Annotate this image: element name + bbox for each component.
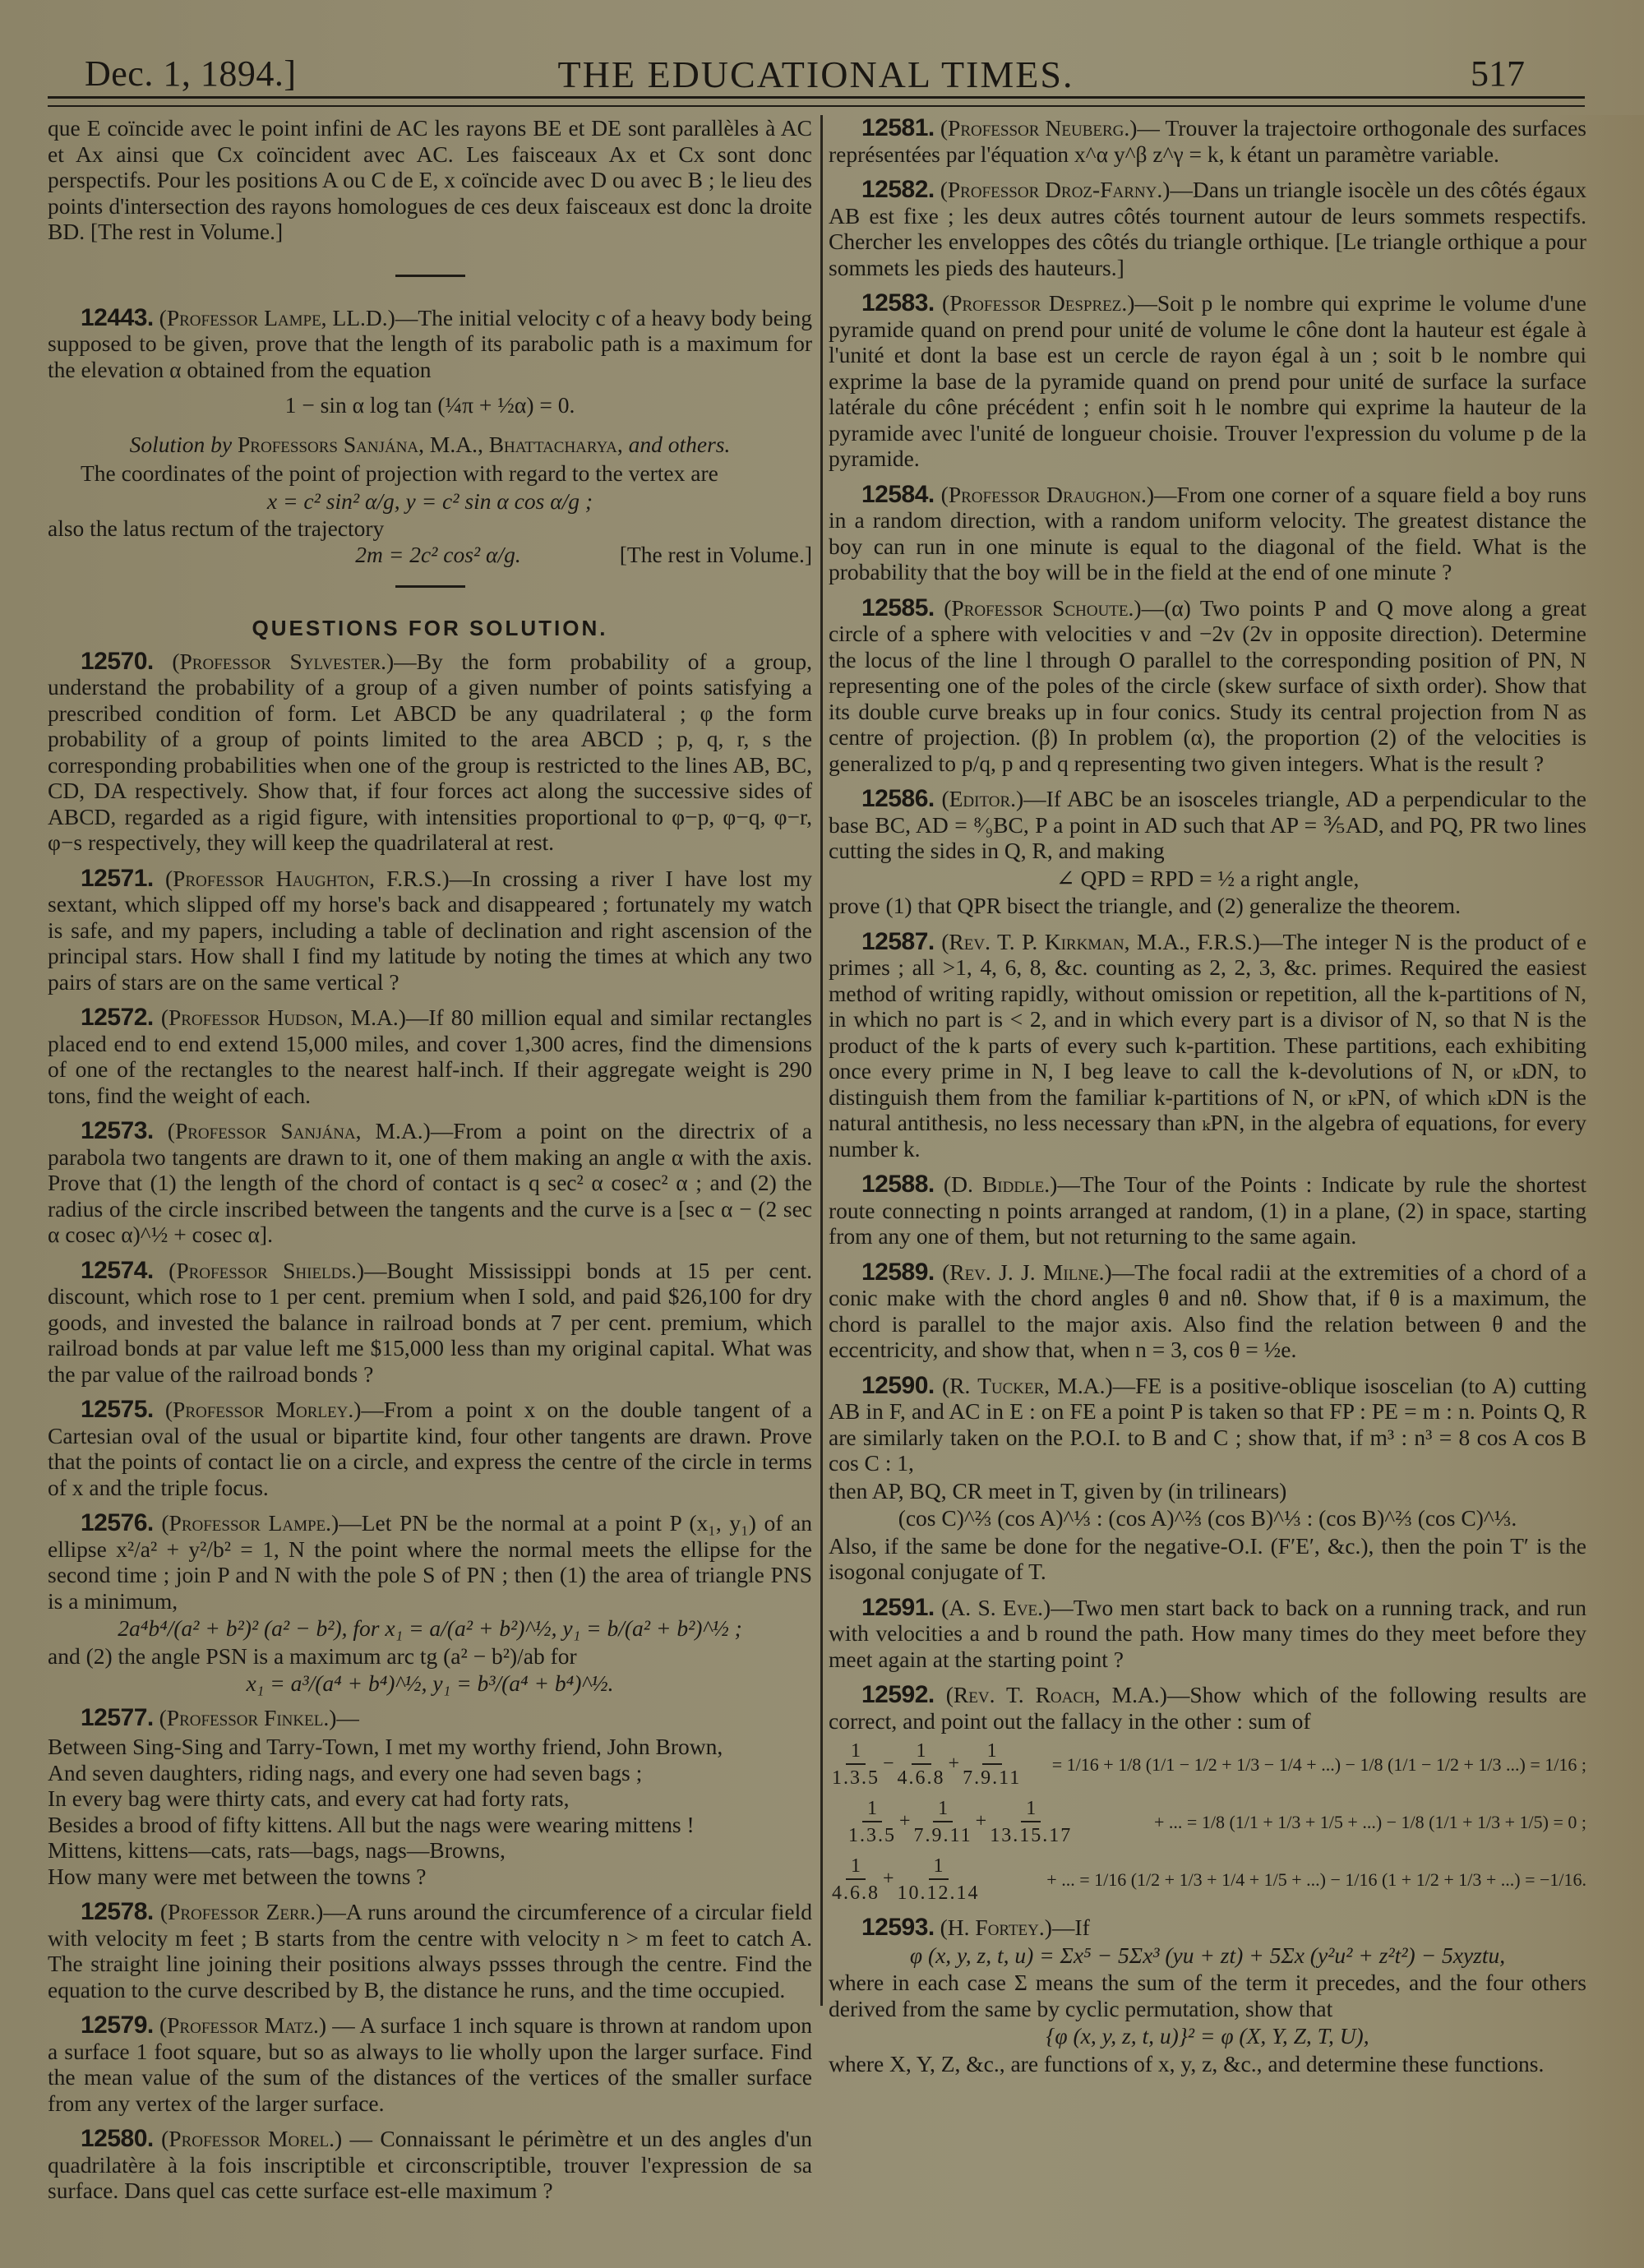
question-12581: 12581. (Professor Neuberg.)— Trouver la … bbox=[829, 115, 1586, 167]
solution-text-2: also the latus rectum of the trajectory bbox=[48, 515, 812, 542]
question-author: (Professor Lampe.) bbox=[161, 1510, 339, 1536]
question-number: 12585. bbox=[861, 594, 935, 621]
question-author: (Rev. T. Roach, M.A.) bbox=[946, 1682, 1167, 1707]
question-12583: 12583. (Professor Desprez.)—Soit p le no… bbox=[829, 290, 1586, 472]
question-12571: 12571. (Professor Haughton, F.R.S.)—In c… bbox=[48, 866, 812, 995]
numerator: 1 bbox=[846, 1854, 866, 1880]
question-12591: 12591. (A. S. Eve.)—Two men start back t… bbox=[829, 1595, 1586, 1673]
question-number: 12591. bbox=[861, 1594, 935, 1621]
verse-line: Between Sing-Sing and Tarry-Town, I met … bbox=[48, 1734, 812, 1760]
question-author: (Professor Sanjána, M.A.) bbox=[168, 1118, 431, 1143]
question-12593: 12593. (H. Fortey.)—If bbox=[829, 1915, 1586, 1941]
question-author: (Professor Draughon.) bbox=[941, 482, 1154, 507]
question-author: (Professor Hudson, M.A.) bbox=[161, 1005, 406, 1030]
question-number: 12579. bbox=[81, 2012, 154, 2039]
operator: + bbox=[883, 1868, 894, 1890]
equation-12593-1: φ (x, y, z, t, u) = Σx⁵ − 5Σx³ (yu + zt)… bbox=[829, 1942, 1586, 1969]
continued-text: que E coïncide avec le point infini de A… bbox=[48, 115, 812, 245]
question-text: —Bought Mississippi bonds at 15 per cent… bbox=[48, 1258, 812, 1387]
operator: − bbox=[883, 1753, 894, 1775]
question-author: (Professor Schoute.) bbox=[944, 595, 1141, 621]
section-divider bbox=[395, 585, 465, 588]
question-number: 12592. bbox=[861, 1681, 935, 1708]
question-number: 12443. bbox=[81, 304, 154, 331]
denominator: 4.6.8 bbox=[898, 1765, 945, 1791]
fraction: 14.6.8 bbox=[832, 1854, 880, 1906]
question-text: —From a point x on the double tangent of… bbox=[48, 1397, 812, 1500]
question-12580: 12580. (Professor Morel.) — Connaissant … bbox=[48, 2126, 812, 2204]
header-rule-thick bbox=[48, 96, 1585, 99]
verse-line: In every bag were thirty cats, and every… bbox=[48, 1785, 812, 1812]
question-author: (Professor Droz-Farny.) bbox=[940, 177, 1171, 202]
solution-authors: Professors Sanjána, M.A., Bhattacharya, bbox=[238, 432, 623, 457]
question-number: 12573. bbox=[81, 1117, 154, 1144]
header-rule-thin bbox=[48, 105, 1585, 107]
question-number: 12577. bbox=[81, 1704, 154, 1731]
question-text-12590-3: Also, if the same be done for the negati… bbox=[829, 1533, 1586, 1585]
question-text-12593-2: where in each case Σ means the sum of th… bbox=[829, 1970, 1586, 2021]
question-text: —From a point on the directrix of a para… bbox=[48, 1118, 812, 1247]
fraction: 110.12.14 bbox=[898, 1854, 980, 1906]
question-number: 12574. bbox=[81, 1257, 154, 1284]
question-author: (Professor Morley.) bbox=[165, 1397, 361, 1422]
question-number: 12571. bbox=[81, 865, 154, 892]
question-author: (D. Biddle.) bbox=[944, 1171, 1057, 1197]
solution-label: Solution by bbox=[130, 432, 233, 457]
question-12577: 12577. (Professor Finkel.)— bbox=[48, 1705, 812, 1731]
solution-equation-2: 2m = 2c² cos² α/g. bbox=[355, 542, 520, 568]
equation-12576-2: x₁ = a³/(a⁴ + b⁴)^½, y₁ = b³/(a⁴ + b⁴)^½… bbox=[48, 1670, 812, 1697]
question-number: 12578. bbox=[81, 1898, 154, 1925]
question-number: 12588. bbox=[861, 1171, 935, 1198]
question-12584: 12584. (Professor Draughon.)—From one co… bbox=[829, 482, 1586, 585]
question-12570: 12570. (Professor Sylvester.)—By the for… bbox=[48, 649, 812, 856]
question-text-12590-2: then AP, BQ, CR meet in T, given by (in … bbox=[829, 1478, 1586, 1504]
verse-line: How many were met between the towns ? bbox=[48, 1864, 812, 1890]
right-column: 12581. (Professor Neuberg.)— Trouver la … bbox=[829, 115, 1586, 2076]
series-rhs: + ... = 1/8 (1/1 + 1/3 + 1/5 + ...) − 1/… bbox=[1154, 1809, 1586, 1836]
denominator: 13.15.17 bbox=[990, 1822, 1072, 1849]
question-author: (Professor Neuberg.) bbox=[940, 115, 1138, 141]
question-author: (Professor Shields.) bbox=[169, 1258, 364, 1283]
numerator: 1 bbox=[929, 1854, 949, 1880]
verse-line: Besides a brood of fifty kittens. All bu… bbox=[48, 1812, 812, 1838]
question-12582: 12582. (Professor Droz-Farny.)—Dans un t… bbox=[829, 177, 1586, 280]
numerator: 1 bbox=[846, 1739, 866, 1765]
denominator: 7.9.11 bbox=[963, 1765, 1021, 1791]
fraction: 11.3.5 bbox=[832, 1739, 880, 1791]
operator: + bbox=[949, 1753, 960, 1775]
question-number: 12587. bbox=[861, 928, 935, 955]
question-12586: 12586. (Editor.)—If ABC be an isosceles … bbox=[829, 786, 1586, 864]
equation-12443: 1 − sin α log tan (¼π + ½α) = 0. bbox=[48, 392, 812, 418]
question-number: 12583. bbox=[861, 289, 935, 316]
journal-title: THE EDUCATIONAL TIMES. bbox=[45, 53, 1586, 96]
question-author: (Professor Lampe, LL.D.) bbox=[159, 305, 395, 330]
question-12578: 12578. (Professor Zerr.)—A runs around t… bbox=[48, 1899, 812, 2002]
question-12589: 12589. (Rev. J. J. Milne.)—The focal rad… bbox=[829, 1259, 1586, 1363]
question-number: 12589. bbox=[861, 1259, 935, 1286]
operator: + bbox=[976, 1811, 987, 1832]
question-12587: 12587. (Rev. T. P. Kirkman, M.A., F.R.S.… bbox=[829, 929, 1586, 1162]
numerator: 1 bbox=[933, 1796, 953, 1822]
question-number: 12572. bbox=[81, 1004, 154, 1031]
question-author: (Professor Finkel.) bbox=[159, 1705, 337, 1730]
question-author: (A. S. Eve.) bbox=[941, 1595, 1051, 1620]
question-12576: 12576. (Professor Lampe.)—Let PN be the … bbox=[48, 1510, 812, 1614]
solution-equation-1: x = c² sin² α/g, y = c² sin α cos α/g ; bbox=[48, 488, 812, 515]
question-12585: 12585. (Professor Schoute.)—(α) Two poin… bbox=[829, 595, 1586, 777]
left-column: que E coïncide avec le point infini de A… bbox=[48, 115, 812, 2214]
denominator: 7.9.11 bbox=[914, 1822, 972, 1849]
denominator: 4.6.8 bbox=[832, 1880, 880, 1906]
fraction: 17.9.11 bbox=[963, 1739, 1021, 1791]
operator: + bbox=[899, 1811, 911, 1832]
question-author: (Rev. T. P. Kirkman, M.A., F.R.S.) bbox=[941, 929, 1260, 954]
solution-attribution: Solution by Professors Sanjána, M.A., Bh… bbox=[48, 432, 812, 458]
question-number: 12593. bbox=[861, 1914, 935, 1941]
verse-line: And seven daughters, riding nags, and ev… bbox=[48, 1760, 812, 1786]
question-number: 12575. bbox=[81, 1396, 154, 1423]
equation-12590: (cos C)^⅔ (cos A)^⅓ : (cos A)^⅔ (cos B)^… bbox=[829, 1505, 1586, 1531]
equation-12576-1: 2a⁴b⁴/(a² + b²)² (a² − b²), for x₁ = a/(… bbox=[48, 1615, 812, 1642]
numerator: 1 bbox=[982, 1739, 1002, 1765]
question-text: —Soit p le nombre qui exprime le volume … bbox=[829, 290, 1586, 471]
question-text: —If bbox=[1052, 1915, 1090, 1940]
page-number: 517 bbox=[1471, 53, 1525, 95]
rest-in-volume-note: [The rest in Volume.] bbox=[620, 542, 812, 568]
question-12579: 12579. (Professor Matz.) — A surface 1 i… bbox=[48, 2012, 812, 2116]
verse-12577: Between Sing-Sing and Tarry-Town, I met … bbox=[48, 1734, 812, 1889]
question-number: 12582. bbox=[861, 176, 935, 203]
question-text: —The integer N is the product of e prime… bbox=[829, 929, 1586, 1162]
question-author: (H. Fortey.) bbox=[940, 1915, 1052, 1940]
question-text: —(α) Two points P and Q move along a gre… bbox=[829, 595, 1586, 776]
question-text: —By the form probability of a group, und… bbox=[48, 649, 812, 856]
solution-equation-row: 2m = 2c² cos² α/g. [The rest in Volume.] bbox=[48, 542, 812, 568]
numerator: 1 bbox=[912, 1739, 931, 1765]
question-12575: 12575. (Professor Morley.)—From a point … bbox=[48, 1397, 812, 1500]
fraction: 113.15.17 bbox=[990, 1796, 1072, 1849]
fraction: 11.3.5 bbox=[848, 1796, 896, 1849]
section-heading: QUESTIONS FOR SOLUTION. bbox=[48, 616, 812, 642]
solution-text: The coordinates of the point of projecti… bbox=[48, 460, 812, 487]
question-12572: 12572. (Professor Hudson, M.A.)—If 80 mi… bbox=[48, 1005, 812, 1108]
series-equation-3: 14.6.8+110.12.14 + ... = 1/16 (1/2 + 1/3… bbox=[829, 1854, 1586, 1906]
question-text-12586-2: prove (1) that QPR bisect the triangle, … bbox=[829, 893, 1586, 919]
question-number: 12570. bbox=[81, 648, 154, 675]
question-number: 12590. bbox=[861, 1372, 935, 1399]
equation-12586: ∠ QPD = RPD = ½ a right angle, bbox=[829, 866, 1586, 892]
question-number: 12584. bbox=[861, 481, 935, 508]
question-12592: 12592. (Rev. T. Roach, M.A.)—Show which … bbox=[829, 1682, 1586, 1734]
column-divider bbox=[820, 115, 823, 2006]
verse-line: Mittens, kittens—cats, rats—bags, nags—B… bbox=[48, 1837, 812, 1864]
denominator: 1.3.5 bbox=[848, 1822, 896, 1849]
question-12590: 12590. (R. Tucker, M.A.)—FE is a positiv… bbox=[829, 1373, 1586, 1476]
numerator: 1 bbox=[862, 1796, 882, 1822]
question-author: (Professor Desprez.) bbox=[942, 290, 1134, 316]
question-12574: 12574. (Professor Shields.)—Bought Missi… bbox=[48, 1258, 812, 1388]
question-text-12593-3: where X, Y, Z, &c., are functions of x, … bbox=[829, 2051, 1586, 2077]
question-text: —Show which of the following results are… bbox=[829, 1682, 1586, 1734]
question-author: (Professor Morel.) bbox=[161, 2126, 342, 2151]
question-author: (Editor.) bbox=[941, 786, 1023, 811]
question-text: —The Tour of the Points : Indicate by ru… bbox=[829, 1171, 1586, 1249]
section-divider bbox=[395, 275, 465, 277]
question-12573: 12573. (Professor Sanjána, M.A.)—From a … bbox=[48, 1118, 812, 1248]
question-number: 12576. bbox=[81, 1509, 154, 1536]
question-author: (Rev. J. J. Milne.) bbox=[942, 1259, 1112, 1285]
question-number: 12581. bbox=[861, 114, 935, 141]
series-equation-1: 11.3.5−14.6.8+17.9.11 = 1/16 + 1/8 (1/1 … bbox=[829, 1739, 1586, 1791]
question-author: (Professor Sylvester.) bbox=[172, 649, 394, 674]
solution-others: and others. bbox=[629, 432, 731, 457]
fraction: 17.9.11 bbox=[914, 1796, 972, 1849]
question-author: (Professor Zerr.) bbox=[160, 1899, 323, 1924]
running-header: Dec. 1, 1894.] THE EDUCATIONAL TIMES. 51… bbox=[45, 51, 1586, 100]
page-edge-shading bbox=[1552, 115, 1644, 2268]
question-dash: — bbox=[336, 1705, 359, 1730]
question-number: 12586. bbox=[861, 785, 935, 812]
series-rhs: + ... = 1/16 (1/2 + 1/3 + 1/4 + 1/5 + ..… bbox=[1046, 1867, 1586, 1893]
denominator: 1.3.5 bbox=[832, 1765, 880, 1791]
numerator: 1 bbox=[1021, 1796, 1041, 1822]
series-rhs: = 1/16 + 1/8 (1/1 − 1/2 + 1/3 − 1/4 + ..… bbox=[1052, 1752, 1586, 1778]
series-equation-2: 11.3.5+17.9.11+113.15.17 + ... = 1/8 (1/… bbox=[829, 1796, 1586, 1849]
question-author: (R. Tucker, M.A.) bbox=[942, 1373, 1113, 1398]
question-12443: 12443. (Professor Lampe, LL.D.)—The init… bbox=[48, 305, 812, 383]
question-author: (Professor Haughton, F.R.S.) bbox=[165, 866, 450, 891]
equation-12593-2: {φ (x, y, z, t, u)}² = φ (X, Y, Z, T, U)… bbox=[829, 2023, 1586, 2049]
question-12588: 12588. (D. Biddle.)—The Tour of the Poin… bbox=[829, 1171, 1586, 1249]
question-number: 12580. bbox=[81, 2125, 154, 2152]
fraction: 14.6.8 bbox=[898, 1739, 945, 1791]
question-text-12576-2: and (2) the angle PSN is a maximum arc t… bbox=[48, 1643, 812, 1670]
denominator: 10.12.14 bbox=[898, 1880, 980, 1906]
question-author: (Professor Matz.) bbox=[159, 2012, 326, 2038]
